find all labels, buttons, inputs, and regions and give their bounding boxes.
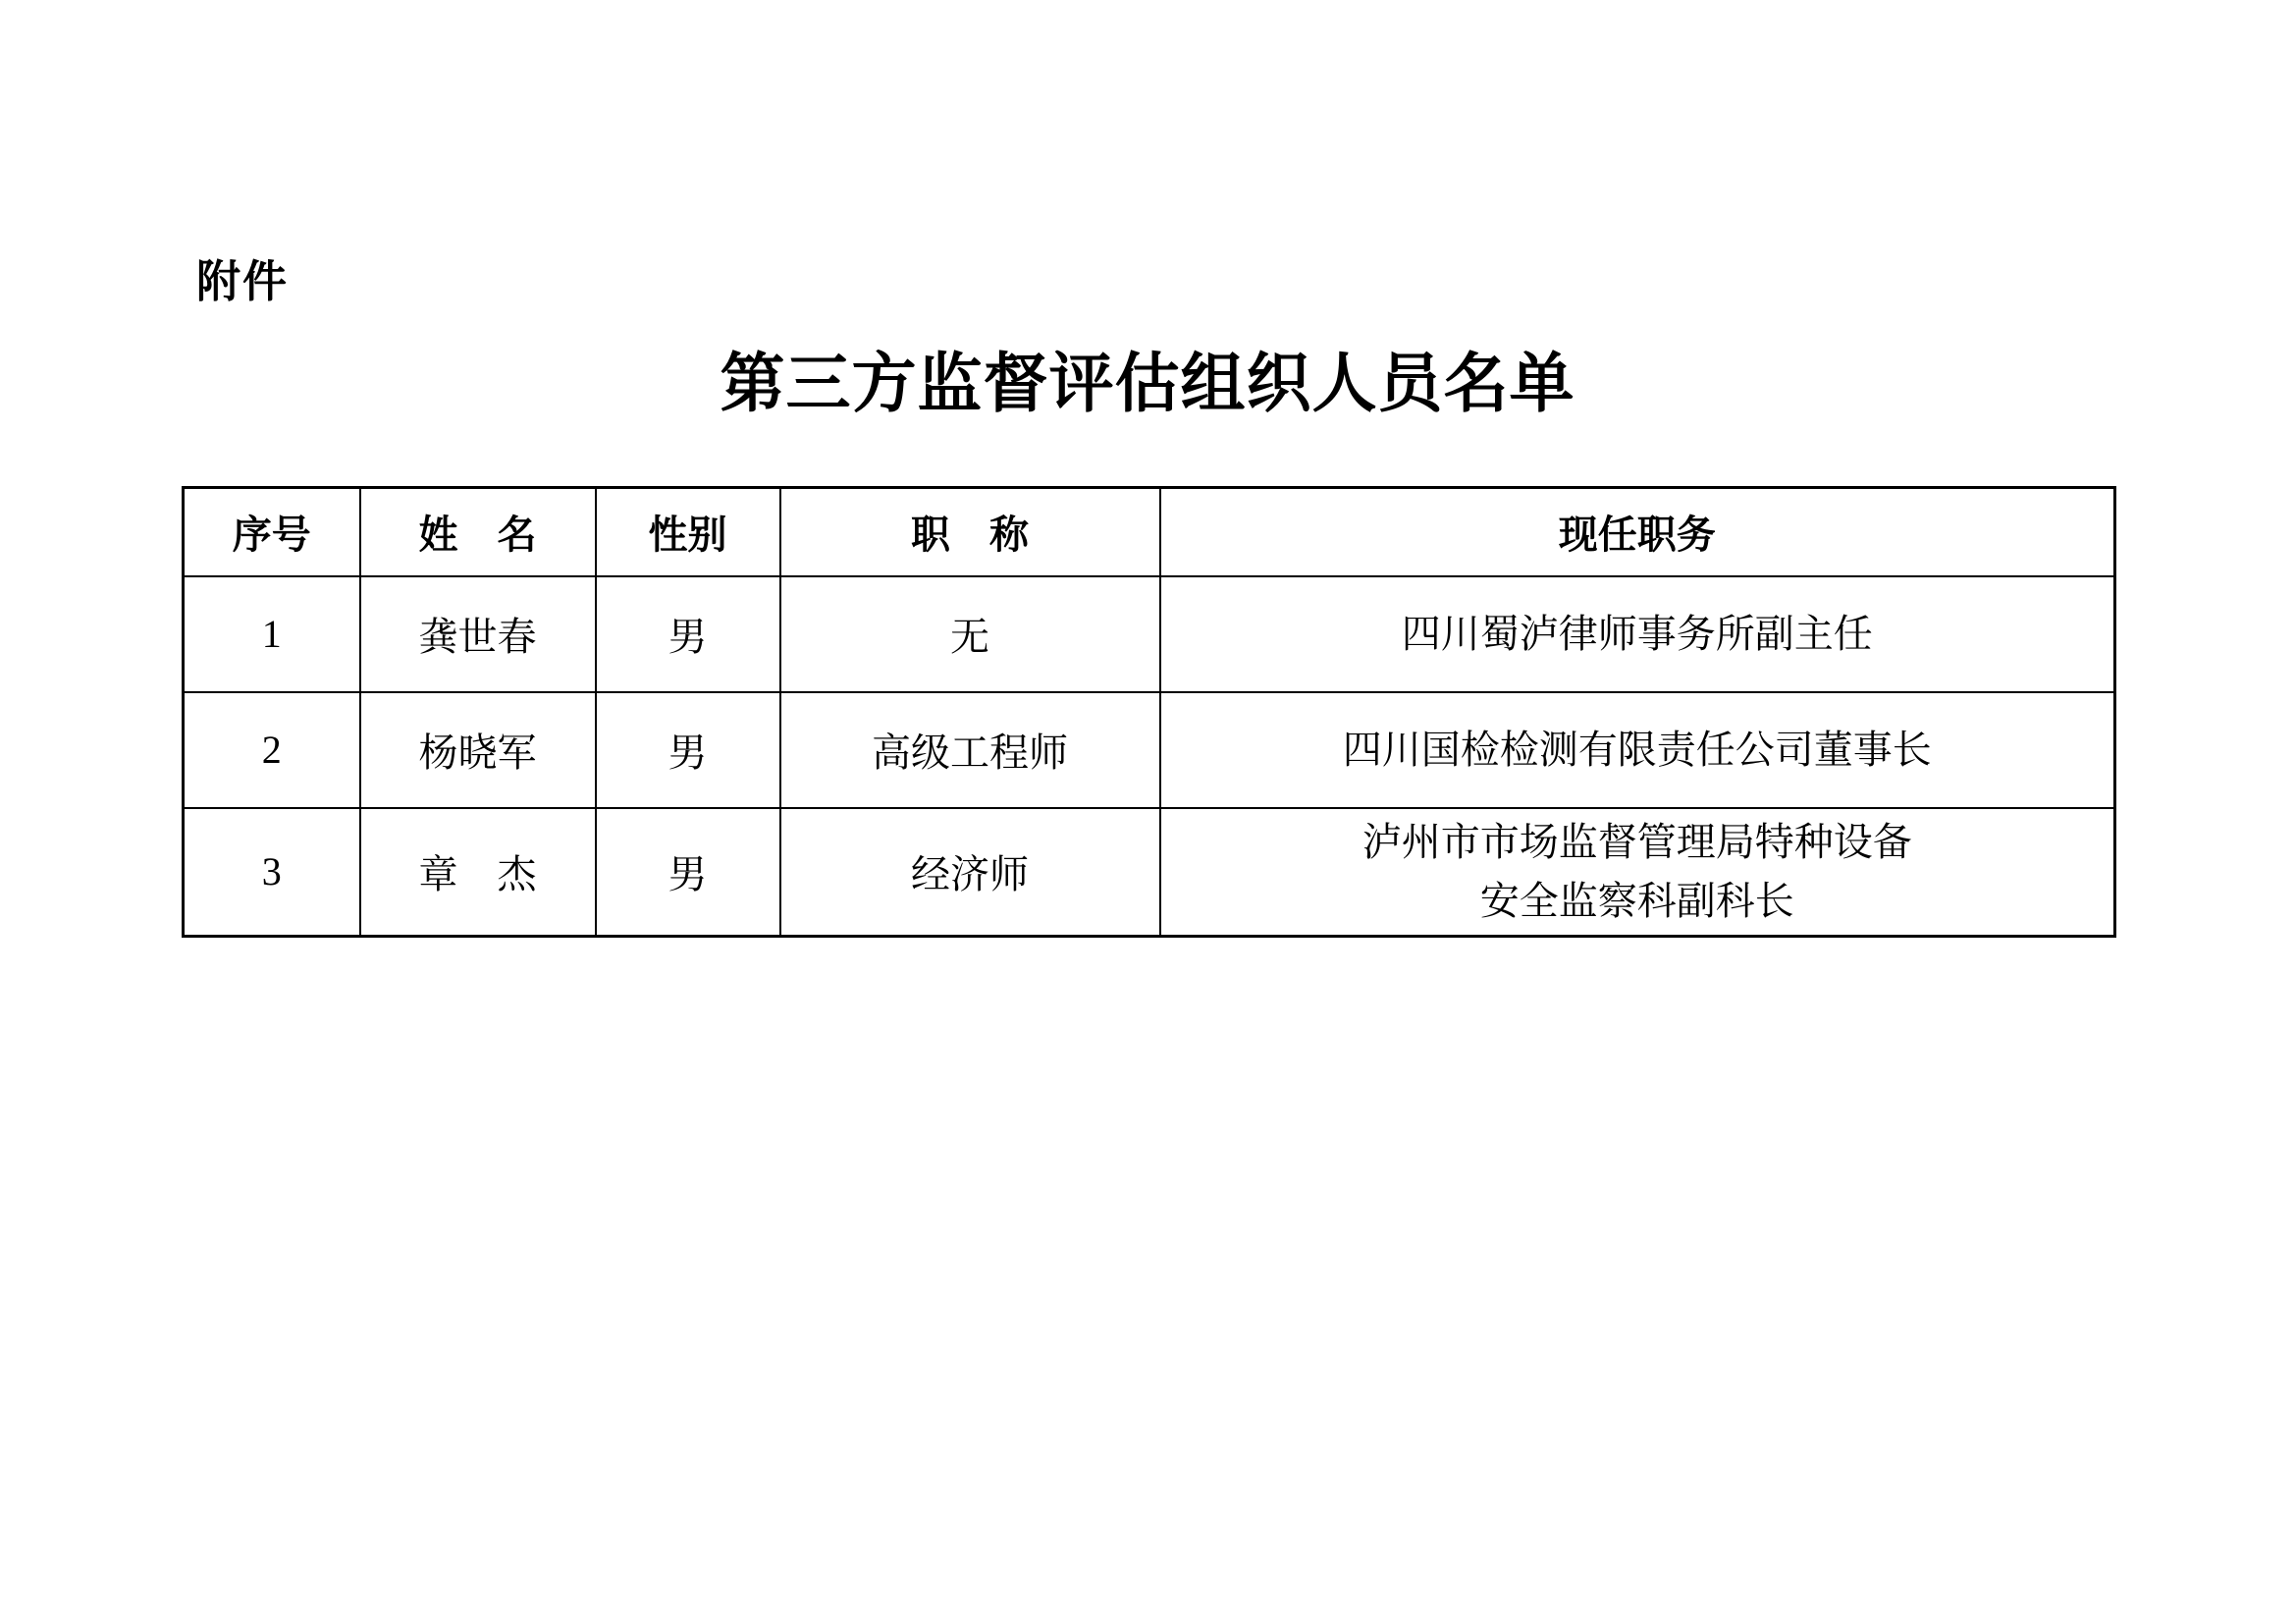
cell-name: 杨晓军	[360, 692, 596, 808]
attachment-label: 附件	[196, 257, 289, 306]
table-row: 1 龚世春 男 无 四川蜀泸律师事务所副主任	[184, 576, 2115, 692]
cell-serial: 1	[184, 576, 360, 692]
page-title: 第三方监督评估组织人员名单	[182, 348, 2113, 422]
cell-jobtitle: 高级工程师	[780, 692, 1160, 808]
cell-jobtitle: 经济师	[780, 808, 1160, 937]
cell-jobtitle: 无	[780, 576, 1160, 692]
table-row: 3 章 杰 男 经济师 泸州市市场监督管理局特种设备 安全监察科副科长	[184, 808, 2115, 937]
table-row: 2 杨晓军 男 高级工程师 四川国检检测有限责任公司董事长	[184, 692, 2115, 808]
cell-position: 四川国检检测有限责任公司董事长	[1160, 692, 2115, 808]
document-page: 附件 第三方监督评估组织人员名单 序号 姓 名 性别 职 称 现任职务 1 龚世…	[0, 0, 2296, 1624]
cell-gender: 男	[596, 576, 780, 692]
cell-gender: 男	[596, 808, 780, 937]
header-cell-gender: 性别	[596, 488, 780, 576]
cell-name: 章 杰	[360, 808, 596, 937]
cell-serial: 2	[184, 692, 360, 808]
cell-position: 四川蜀泸律师事务所副主任	[1160, 576, 2115, 692]
cell-position: 泸州市市场监督管理局特种设备 安全监察科副科长	[1160, 808, 2115, 937]
header-cell-serial: 序号	[184, 488, 360, 576]
cell-serial: 3	[184, 808, 360, 937]
header-cell-name: 姓 名	[360, 488, 596, 576]
personnel-table: 序号 姓 名 性别 职 称 现任职务 1 龚世春 男 无 四川蜀泸律师事务所副主…	[182, 486, 2116, 938]
cell-name: 龚世春	[360, 576, 596, 692]
table-header-row: 序号 姓 名 性别 职 称 现任职务	[184, 488, 2115, 576]
header-cell-jobtitle: 职 称	[780, 488, 1160, 576]
cell-gender: 男	[596, 692, 780, 808]
header-cell-position: 现任职务	[1160, 488, 2115, 576]
